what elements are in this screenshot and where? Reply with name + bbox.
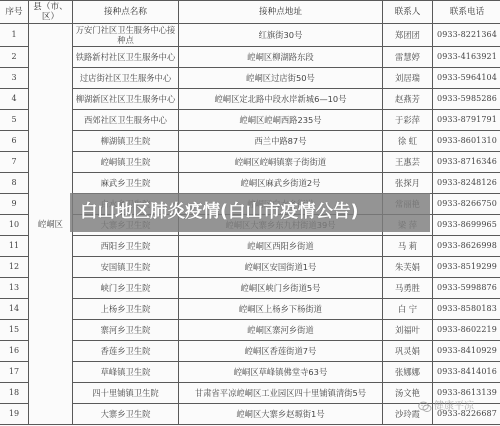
overlay-title: 白山地区肺炎疫情(白山市疫情公告) <box>80 197 420 227</box>
cell-seq: 3 <box>0 68 29 89</box>
cell-seq: 16 <box>0 341 29 362</box>
cell-site-address: 崆峒区安国街道1号 <box>179 257 383 278</box>
cell-phone: 0933-8580183 <box>433 299 500 320</box>
table-row: 4 柳湖新区社区卫生服务中心 崆峒区定北路中段水岸新城6—10号 赵燕芳 093… <box>0 89 500 110</box>
cell-site-address: 甘肃省平凉崆峒区工业园区四十里铺镇清街5号 <box>179 383 383 404</box>
cell-contact: 于彩萍 <box>383 110 433 131</box>
cell-site-address: 崆峒区峡门乡街道5号 <box>179 278 383 299</box>
cell-site-address: 崆峒区崆峒西路235号 <box>179 110 383 131</box>
cell-site-address: 西兰中路87号 <box>179 131 383 152</box>
cell-site-name: 西郊社区卫生服务中心 <box>73 110 179 131</box>
cell-site-name: 峡门乡卫生院 <box>73 278 179 299</box>
cell-site-address: 崆峒区寨河乡街道 <box>179 320 383 341</box>
cell-site-name: 柳湖新区社区卫生服务中心 <box>73 89 179 110</box>
cell-site-name: 麻武乡卫生院 <box>73 173 179 194</box>
cell-seq: 14 <box>0 299 29 320</box>
cell-site-address: 红旗街30号 <box>179 24 383 47</box>
cell-contact: 张探月 <box>383 173 433 194</box>
cell-contact: 刘居瑞 <box>383 68 433 89</box>
cell-site-name: 大寨乡卫生院 <box>73 404 179 425</box>
table-row: 11 西阳乡卫生院 崆峒区西阳乡街道 马 莉 0933-8626998 <box>0 236 500 257</box>
table-row: 6 柳湖镇卫生院 西兰中路87号 徐 虹 0933-8601310 <box>0 131 500 152</box>
cell-site-name: 寨河乡卫生院 <box>73 320 179 341</box>
cell-site-name: 香莲乡卫生院 <box>73 341 179 362</box>
cell-phone: 0933-5964104 <box>433 68 500 89</box>
cell-phone: 0933-8716346 <box>433 152 500 173</box>
cell-phone: 0933-5998876 <box>433 278 500 299</box>
cell-contact: 刘福叶 <box>383 320 433 341</box>
cell-site-name: 过店街社区卫生服务中心 <box>73 68 179 89</box>
cell-contact: 王惠芸 <box>383 152 433 173</box>
cell-site-name: 万安门社区卫生服务中心接种点 <box>73 24 179 47</box>
cell-seq: 7 <box>0 152 29 173</box>
cell-phone: 0933-8266750 <box>433 194 500 215</box>
cell-site-address: 崆峒区西阳乡街道 <box>179 236 383 257</box>
watermark: 健康平凉 <box>418 400 474 414</box>
cell-seq: 17 <box>0 362 29 383</box>
cell-contact: 巩灵娟 <box>383 341 433 362</box>
cell-seq: 18 <box>0 383 29 404</box>
cell-county: 崆峒区 <box>29 24 73 425</box>
cell-site-address: 崆峒区草峰镇佛堂寺63号 <box>179 362 383 383</box>
cell-site-name: 西阳乡卫生院 <box>73 236 179 257</box>
cell-site-name: 四十里铺镇卫生院 <box>73 383 179 404</box>
cell-seq: 9 <box>0 194 29 215</box>
cell-contact: 马勇胜 <box>383 278 433 299</box>
cell-phone: 0933-8414016 <box>433 362 500 383</box>
cell-phone: 0933-8791791 <box>433 110 500 131</box>
cell-contact: 马 莉 <box>383 236 433 257</box>
cell-phone: 0933-8602219 <box>433 320 500 341</box>
cell-phone: 0933-4163921 <box>433 47 500 68</box>
table-row: 17 草峰镇卫生院 崆峒区草峰镇佛堂寺63号 张娜娜 0933-8414016 <box>0 362 500 383</box>
cell-contact: 白 宁 <box>383 299 433 320</box>
table-row: 7 崆峒镇卫生院 崆峒区崆峒镇寨子街街道 王惠芸 0933-8716346 <box>0 152 500 173</box>
cell-contact: 张娜娜 <box>383 362 433 383</box>
cell-contact: 赵燕芳 <box>383 89 433 110</box>
cell-seq: 2 <box>0 47 29 68</box>
cell-phone: 0933-8221364 <box>433 24 500 47</box>
header-site-name: 接种点名称 <box>73 1 179 24</box>
watermark-text: 健康平凉 <box>434 400 474 414</box>
cell-seq: 12 <box>0 257 29 278</box>
cell-seq: 8 <box>0 173 29 194</box>
cell-site-address: 崆峒区香莲街道7号 <box>179 341 383 362</box>
cell-contact: 朱芙娟 <box>383 257 433 278</box>
table-row: 13 峡门乡卫生院 崆峒区峡门乡街道5号 马勇胜 0933-5998876 <box>0 278 500 299</box>
cell-phone: 0933-8699965 <box>433 215 500 236</box>
cell-site-address: 崆峒区定北路中段水岸新城6—10号 <box>179 89 383 110</box>
cell-phone: 0933-8626998 <box>433 236 500 257</box>
cell-site-address: 崆峒区崆峒镇寨子街街道 <box>179 152 383 173</box>
cell-seq: 4 <box>0 89 29 110</box>
cell-phone: 0933-8248126 <box>433 173 500 194</box>
cell-site-address: 崆峒区过店街50号 <box>179 68 383 89</box>
cell-phone: 0933-8410929 <box>433 341 500 362</box>
header-contact: 联系人 <box>383 1 433 24</box>
cell-site-address: 崆峒区上杨乡下杨街道 <box>179 299 383 320</box>
cell-phone: 0933-8601310 <box>433 131 500 152</box>
table-row: 12 安国镇卫生院 崆峒区安国街道1号 朱芙娟 0933-8519299 <box>0 257 500 278</box>
table-row: 3 过店街社区卫生服务中心 崆峒区过店街50号 刘居瑞 0933-5964104 <box>0 68 500 89</box>
header-county: 县（市、区） <box>29 1 73 24</box>
cell-contact: 徐 虹 <box>383 131 433 152</box>
table-row: 8 麻武乡卫生院 崆峒区麻武乡街道2号 张探月 0933-8248126 <box>0 173 500 194</box>
table-row: 5 西郊社区卫生服务中心 崆峒区崆峒西路235号 于彩萍 0933-879179… <box>0 110 500 131</box>
table-row: 2 铁路新村社区卫生服务中心 崆峒区柳湖路东段 雷慧婷 0933-4163921 <box>0 47 500 68</box>
cell-contact: 雷慧婷 <box>383 47 433 68</box>
table-row: 15 寨河乡卫生院 崆峒区寨河乡街道 刘福叶 0933-8602219 <box>0 320 500 341</box>
cell-site-name: 柳湖镇卫生院 <box>73 131 179 152</box>
cell-site-address: 崆峒区大寨乡赵塬街1号 <box>179 404 383 425</box>
cell-seq: 6 <box>0 131 29 152</box>
wechat-icon <box>418 401 432 413</box>
cell-site-name: 安国镇卫生院 <box>73 257 179 278</box>
table-row: 1 崆峒区 万安门社区卫生服务中心接种点 红旗街30号 郑团团 0933-822… <box>0 24 500 47</box>
cell-phone: 0933-5985286 <box>433 89 500 110</box>
cell-contact: 郑团团 <box>383 24 433 47</box>
cell-seq: 15 <box>0 320 29 341</box>
cell-site-name: 铁路新村社区卫生服务中心 <box>73 47 179 68</box>
cell-site-name: 上杨乡卫生院 <box>73 299 179 320</box>
cell-seq: 13 <box>0 278 29 299</box>
header-phone: 联系电话 <box>433 1 500 24</box>
header-seq: 序号 <box>0 1 29 24</box>
table-header-row: 序号 县（市、区） 接种点名称 接种点地址 联系人 联系电话 <box>0 1 500 24</box>
cell-site-address: 崆峒区柳湖路东段 <box>179 47 383 68</box>
cell-phone: 0933-8519299 <box>433 257 500 278</box>
header-site-address: 接种点地址 <box>179 1 383 24</box>
table-row: 14 上杨乡卫生院 崆峒区上杨乡下杨街道 白 宁 0933-8580183 <box>0 299 500 320</box>
cell-site-name: 崆峒镇卫生院 <box>73 152 179 173</box>
cell-seq: 19 <box>0 404 29 425</box>
cell-site-address: 崆峒区麻武乡街道2号 <box>179 173 383 194</box>
table-row: 16 香莲乡卫生院 崆峒区香莲街道7号 巩灵娟 0933-8410929 <box>0 341 500 362</box>
cell-seq: 1 <box>0 24 29 47</box>
cell-seq: 11 <box>0 236 29 257</box>
cell-seq: 5 <box>0 110 29 131</box>
cell-site-name: 草峰镇卫生院 <box>73 362 179 383</box>
cell-seq: 10 <box>0 215 29 236</box>
